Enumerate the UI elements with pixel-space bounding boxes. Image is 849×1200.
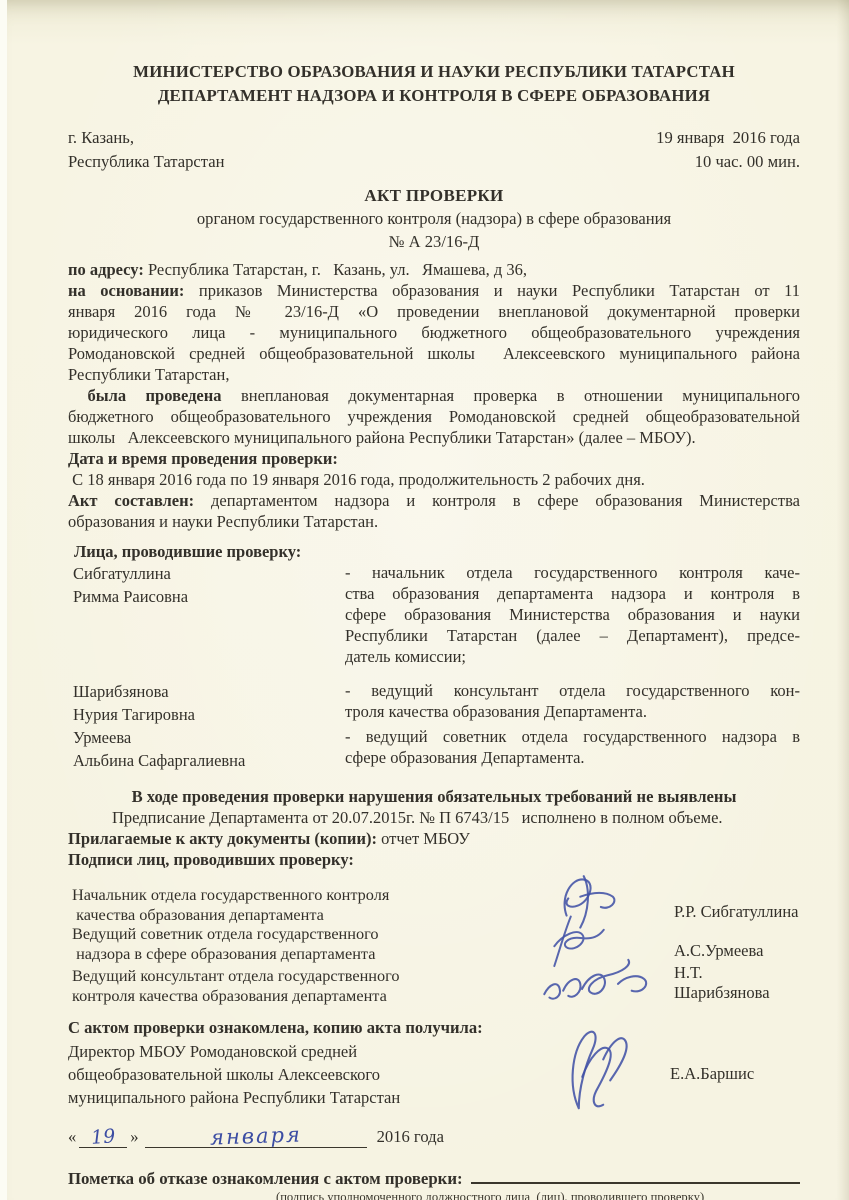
- quote-open: «: [68, 1127, 76, 1147]
- inspector-role-line: - ведущий консультант отдела государстве…: [345, 680, 800, 701]
- inspectors-heading: Лица, проводившие проверку:: [68, 541, 800, 562]
- acknowledged-title-line: общеобразовательной школы Алексеевского: [68, 1063, 520, 1086]
- act-composed-line: Акт составлен: департаментом надзора и к…: [68, 490, 800, 511]
- signer-title-line: контроля качества образования департамен…: [72, 986, 524, 1006]
- department-name: ДЕПАРТАМЕНТ НАДЗОРА И КОНТРОЛЯ В СФЕРЕ О…: [68, 84, 800, 108]
- refusal-blank-line: [471, 1165, 800, 1184]
- act-date: 19 января 2016 года: [656, 126, 800, 150]
- signature-barshis: [520, 1039, 670, 1109]
- basis-line: Республики Татарстан,: [68, 364, 800, 385]
- act-title: АКТ ПРОВЕРКИ: [68, 184, 800, 207]
- signature-sharibzyanova: [524, 995, 674, 1005]
- acknowledged-title-line: муниципального района Республики Татарст…: [68, 1086, 520, 1109]
- inspector-name-line: Сибгатуллина: [73, 562, 345, 585]
- basis-label: на основании:: [68, 281, 184, 300]
- meta-row: г. Казань, Республика Татарстан 19 январ…: [68, 126, 800, 174]
- refusal-label: Пометка об отказе ознакомления с актом п…: [68, 1169, 463, 1189]
- inspector-row: Урмеева Альбина Сафаргалиевна - ведущий …: [68, 726, 800, 772]
- signer-title-line: надзора в сфере образования департамента: [72, 944, 524, 964]
- signer-name: А.С.Урмеева: [674, 941, 763, 963]
- inspector-role-line: - начальник отдела государственного конт…: [345, 562, 800, 583]
- ministry-name: МИНИСТЕРСТВО ОБРАЗОВАНИЯ И НАУКИ РЕСПУБЛ…: [68, 60, 800, 84]
- refusal-note: (подпись уполномоченного должностного ли…: [276, 1190, 800, 1200]
- date-month-handwritten: января: [209, 1122, 302, 1149]
- address-line: по адресу: Республика Татарстан, г. Каза…: [68, 259, 800, 280]
- datetime-heading: Дата и время проведения проверки:: [68, 449, 338, 468]
- signer-title-line: Ведущий советник отдела государственного: [72, 924, 524, 944]
- inspector-role-line: ства образования департамента надзора и …: [345, 583, 800, 604]
- place-region: Республика Татарстан: [68, 150, 224, 174]
- inspector-row: Шарибзянова Нурия Тагировна - ведущий ко…: [68, 680, 800, 726]
- conducted-line: школы Алексеевского муниципального район…: [68, 427, 800, 448]
- conducted-line: бюджетного общеобразовательного учрежден…: [68, 406, 800, 427]
- refusal-line: Пометка об отказе ознакомления с актом п…: [68, 1165, 800, 1189]
- place-city: г. Казань,: [68, 126, 224, 150]
- inspector-name-line: Альбина Сафаргалиевна: [73, 749, 345, 772]
- inspector-role-line: троля качества образования Департамента.: [345, 701, 800, 722]
- signatures-block: Начальник отдела государственного контро…: [68, 885, 800, 1005]
- act-composed-line: образования и науки Республики Татарстан…: [68, 511, 800, 532]
- body-block: по адресу: Республика Татарстан, г. Каза…: [68, 259, 800, 532]
- address-label: по адресу:: [68, 260, 144, 279]
- attachments-line: Прилагаемые к акту документы (копии): от…: [68, 828, 800, 849]
- quote-close: »: [130, 1127, 138, 1147]
- date-year: 2016 года: [377, 1127, 444, 1147]
- acknowledged-name: Е.А.Баршис: [670, 1064, 754, 1084]
- acknowledged-title-line: Директор МБОУ Ромодановской средней: [68, 1040, 520, 1063]
- inspector-name-line: Шарибзянова: [73, 680, 345, 703]
- signature-row: Ведущий консультант отдела государственн…: [68, 963, 800, 1005]
- inspector-role-line: Республики Татарстан (далее – Департамен…: [345, 625, 800, 646]
- inspector-role-line: - ведущий советник отдела государственно…: [345, 726, 800, 747]
- act-number: № А 23/16-Д: [68, 230, 800, 253]
- conducted-label: была проведена: [68, 386, 222, 405]
- basis-line: юридического лица - муниципального бюдже…: [68, 322, 800, 343]
- basis-line: Ромодановской средней общеобразовательно…: [68, 343, 800, 364]
- signer-name: Р.Р. Сибгатуллина: [674, 902, 798, 924]
- signature-row: Ведущий советник отдела государственного…: [68, 924, 800, 963]
- letterhead: МИНИСТЕРСТВО ОБРАЗОВАНИЯ И НАУКИ РЕСПУБЛ…: [68, 60, 800, 108]
- inspector-role-line: сфере образования Министерства образован…: [345, 604, 800, 625]
- basis-line: января 2016 года № 23/16-Д «О проведении…: [68, 301, 800, 322]
- act-time: 10 час. 00 мин.: [656, 150, 800, 174]
- inspector-name-line: Нурия Тагировна: [73, 703, 345, 726]
- signer-title-line: качества образования департамента: [72, 905, 524, 925]
- inspector-role-line: датель комиссии;: [345, 646, 800, 667]
- signature-row: Начальник отдела государственного контро…: [68, 885, 800, 924]
- date-day-handwritten: 19: [91, 1125, 117, 1149]
- document-page: МИНИСТЕРСТВО ОБРАЗОВАНИЯ И НАУКИ РЕСПУБЛ…: [0, 0, 849, 1200]
- inspector-role-line: сфере образования Департамента.: [345, 747, 800, 768]
- basis-line: на основании: приказов Министерства обра…: [68, 280, 800, 301]
- act-composed-label: Акт составлен:: [68, 491, 194, 510]
- inspector-name-line: Урмеева: [73, 726, 345, 749]
- datetime-text: С 18 января 2016 года по 19 января 2016 …: [68, 469, 800, 490]
- inspector-row: Сибгатуллина Римма Раисовна - начальник …: [68, 562, 800, 667]
- acknowledgement-heading: С актом проверки ознакомлена, копию акта…: [68, 1017, 800, 1039]
- no-violations-statement: В ходе проведения проверки нарушения обя…: [68, 786, 800, 807]
- signer-name: Н.Т. Шарибзянова: [674, 963, 800, 1005]
- signer-title-line: Начальник отдела государственного контро…: [72, 885, 524, 905]
- address-text: Республика Татарстан, г. Казань, ул. Яма…: [144, 260, 527, 279]
- date-block: 19 января 2016 года 10 час. 00 мин.: [656, 126, 800, 174]
- handwritten-date-line: «19»января2016 года: [68, 1123, 800, 1148]
- inspector-name-line: Римма Раисовна: [73, 585, 345, 608]
- signer-title-line: Ведущий консультант отдела государственн…: [72, 966, 524, 986]
- conducted-line: была проведена внеплановая документарная…: [68, 385, 800, 406]
- act-subtitle: органом государственного контроля (надзо…: [68, 207, 800, 230]
- title-block: АКТ ПРОВЕРКИ органом государственного ко…: [68, 184, 800, 253]
- day-blank: 19: [79, 1125, 127, 1148]
- prescription-statement: Предписание Департамента от 20.07.2015г.…: [68, 807, 800, 828]
- acknowledgement-row: Директор МБОУ Ромодановской средней обще…: [68, 1039, 800, 1109]
- signatures-heading: Подписи лиц, проводивших проверку:: [68, 850, 354, 869]
- place-block: г. Казань, Республика Татарстан: [68, 126, 224, 174]
- month-blank: января: [145, 1123, 367, 1148]
